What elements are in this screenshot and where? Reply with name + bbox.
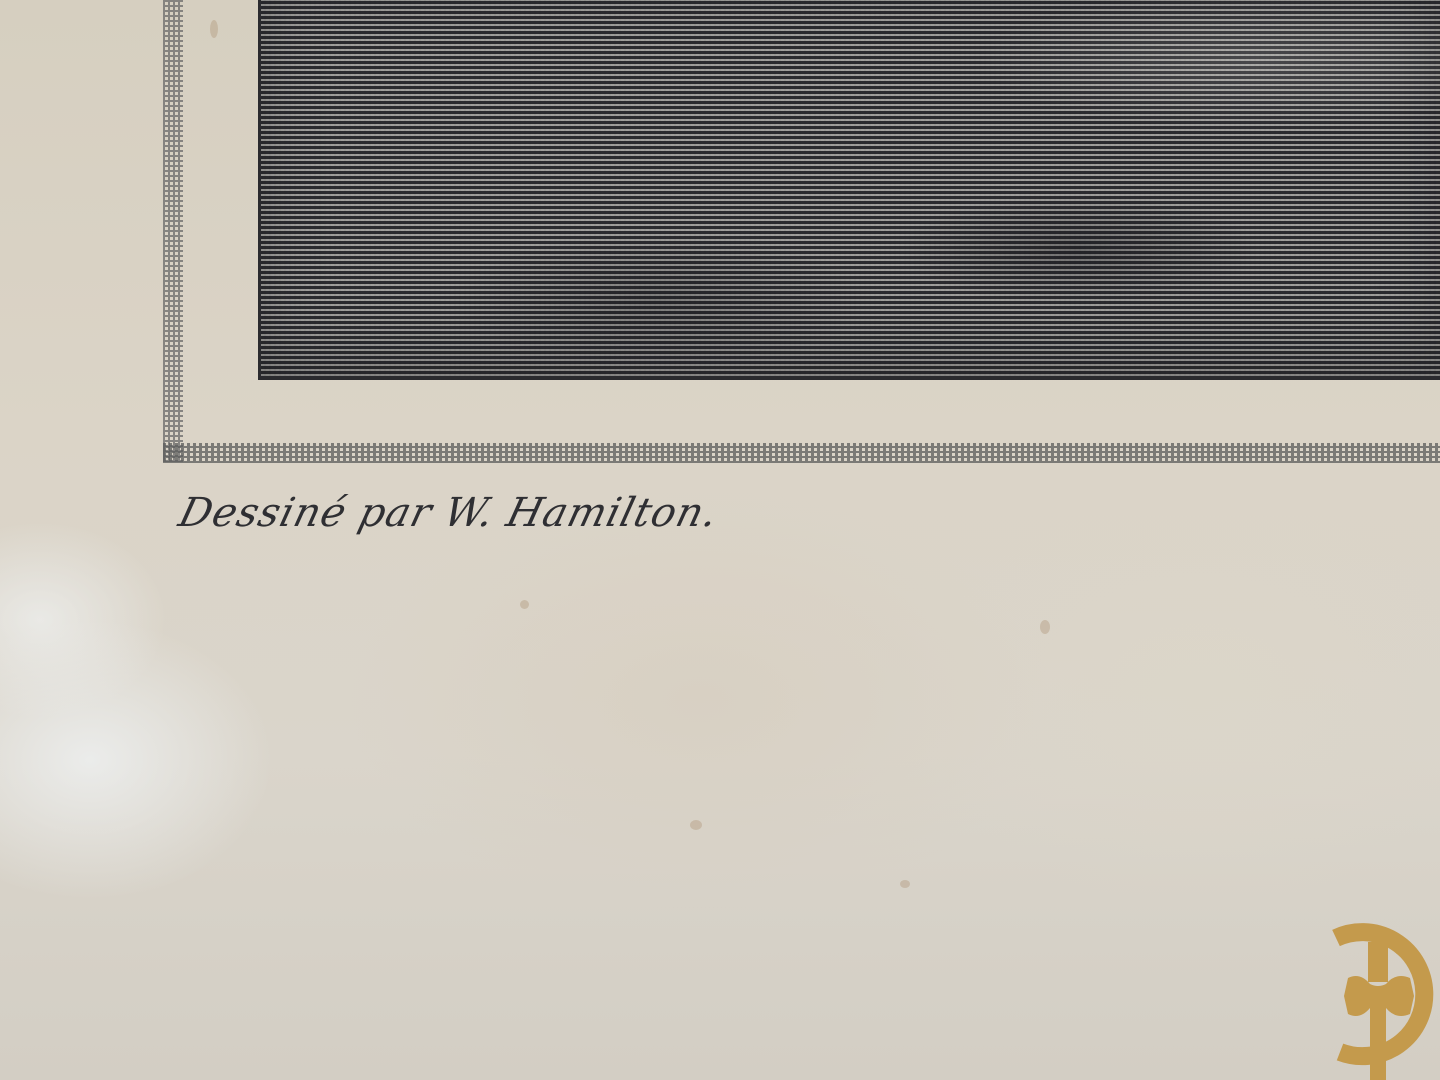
artist-inscription: Dessiné par W. Hamilton. (174, 490, 723, 536)
foxing-spot (1040, 620, 1050, 634)
decorative-border-left (163, 0, 183, 462)
foxing-spot (900, 880, 910, 888)
foxing-spot (520, 600, 529, 609)
foxing-spot (690, 820, 702, 830)
auction-gavel-monogram-icon (1318, 912, 1440, 1080)
foxing-spot (210, 20, 218, 38)
decorative-border-bottom (163, 443, 1440, 463)
engraved-plate-shading (258, 0, 1440, 376)
